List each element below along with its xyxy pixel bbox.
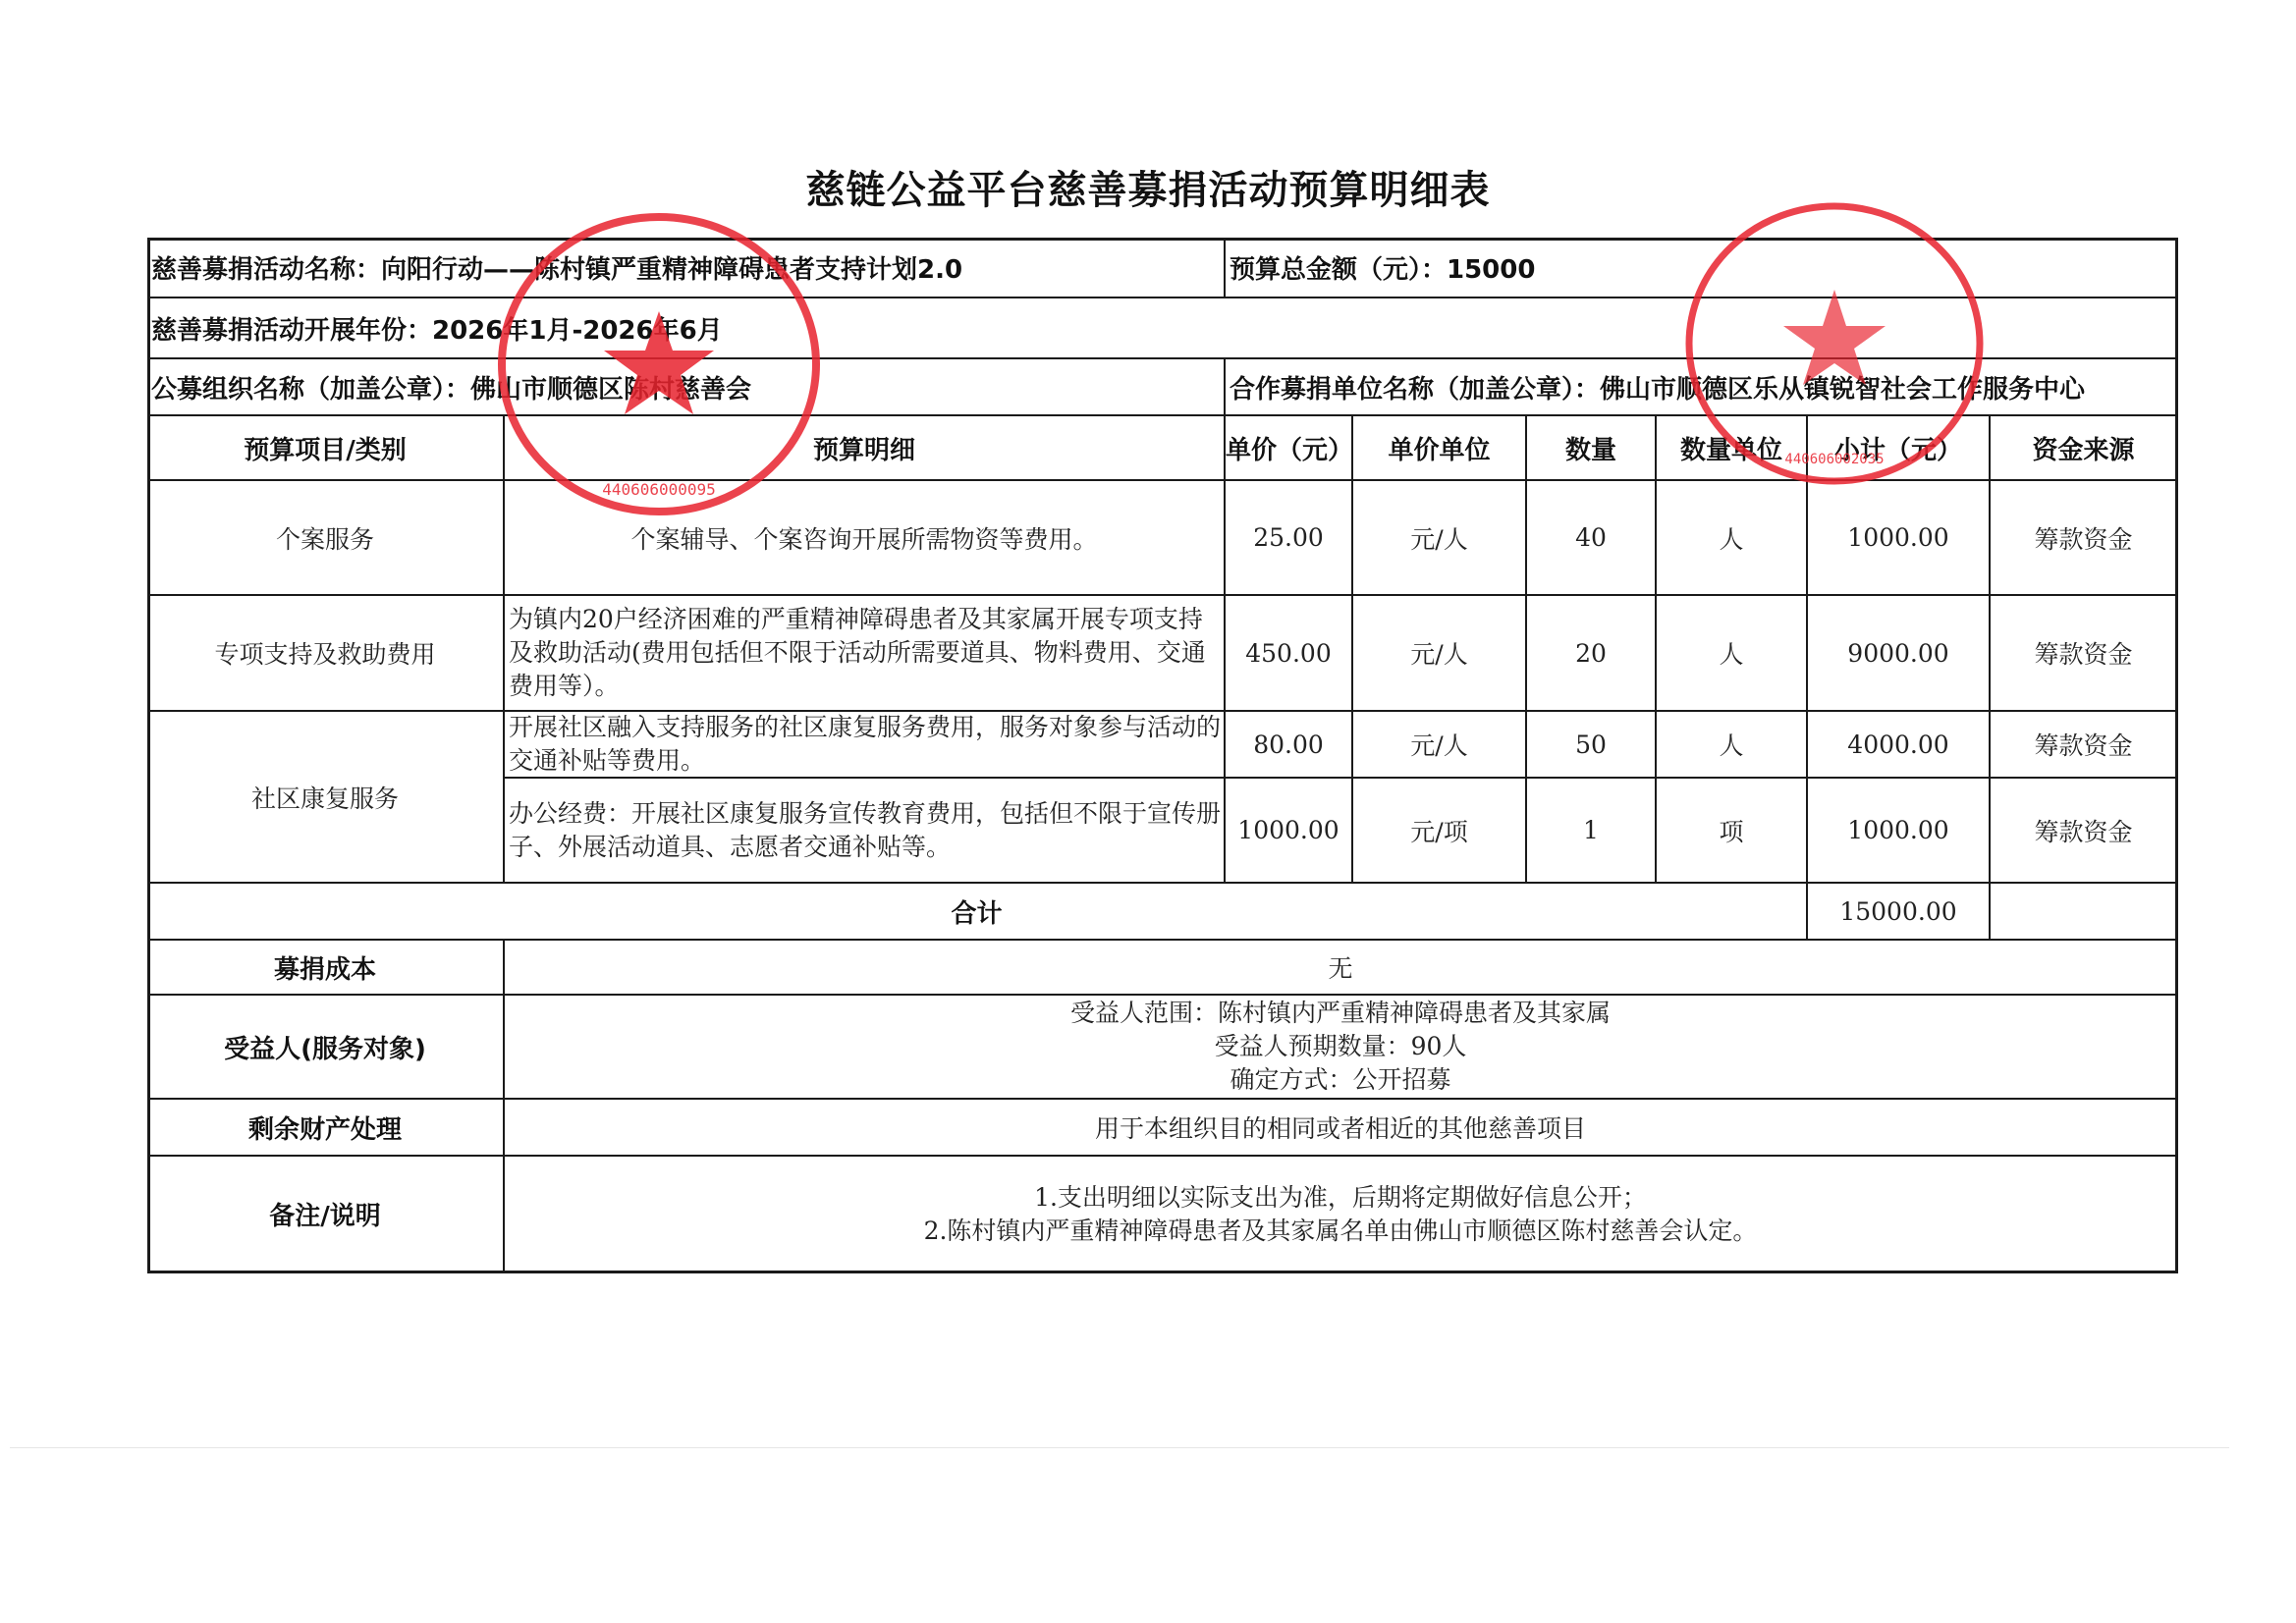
- surplus-value: 用于本组织目的相同或者相近的其他慈善项目: [505, 1100, 2178, 1157]
- page-edge-line: [10, 1447, 2229, 1448]
- activity-name: 慈善募捐活动名称：向阳行动——陈村镇严重精神障碍患者支持计划2.0: [147, 238, 1226, 298]
- row1-quantity-unit: 人: [1657, 481, 1808, 596]
- note-2: 2.陈村镇内严重精神障碍患者及其家属名单由佛山市顺德区陈村慈善会认定。: [924, 1215, 1758, 1248]
- row2-detail: 为镇内20户经济困难的严重精神障碍患者及其家属开展专项支持及救助活动(费用包括但…: [505, 596, 1226, 712]
- row2-unit-price: 450.00: [1226, 596, 1353, 712]
- row4-quantity: 1: [1527, 779, 1657, 884]
- row3-source: 筹款资金: [1991, 712, 2178, 779]
- row2-quantity-unit: 人: [1657, 596, 1808, 712]
- row3-price-unit: 元/人: [1353, 712, 1527, 779]
- row3-subtotal: 4000.00: [1808, 712, 1991, 779]
- row4-quantity-unit: 项: [1657, 779, 1808, 884]
- row2-subtotal: 9000.00: [1808, 596, 1991, 712]
- row4-price-unit: 元/项: [1353, 779, 1527, 884]
- col-source: 资金来源: [1991, 416, 2178, 481]
- activity-period: 慈善募捐活动开展年份：2026年1月-2026年6月: [147, 298, 2178, 359]
- row1-quantity: 40: [1527, 481, 1657, 596]
- row4-source: 筹款资金: [1991, 779, 2178, 884]
- budget-sheet: 慈善募捐活动名称：向阳行动——陈村镇严重精神障碍患者支持计划2.0 预算总金额（…: [147, 238, 2178, 1273]
- col-price-unit: 单价单位: [1353, 416, 1527, 481]
- row2-category: 专项支持及救助费用: [147, 596, 505, 712]
- col-subtotal: 小计（元）: [1808, 416, 1991, 481]
- surplus-label: 剩余财产处理: [147, 1100, 505, 1157]
- row3-quantity: 50: [1527, 712, 1657, 779]
- partner-name: 合作募捐单位名称（加盖公章）：佛山市顺德区乐从镇锐智社会工作服务中心: [1226, 359, 2178, 416]
- row2-price-unit: 元/人: [1353, 596, 1527, 712]
- col-detail: 预算明细: [505, 416, 1226, 481]
- beneficiary-count: 受益人预期数量：90人: [1215, 1030, 1467, 1063]
- beneficiary-method: 确定方式：公开招募: [1230, 1063, 1450, 1097]
- row4-subtotal: 1000.00: [1808, 779, 1991, 884]
- row3-category: 社区康复服务: [147, 712, 505, 884]
- notes-value: 1.支出明细以实际支出为准，后期将定期做好信息公开； 2.陈村镇内严重精神障碍患…: [505, 1157, 2178, 1273]
- row3-quantity-unit: 人: [1657, 712, 1808, 779]
- total-label: 合计: [147, 884, 1808, 941]
- row3-unit-price: 80.00: [1226, 712, 1353, 779]
- beneficiary-scope: 受益人范围：陈村镇内严重精神障碍患者及其家属: [1070, 997, 1611, 1030]
- row2-source: 筹款资金: [1991, 596, 2178, 712]
- row1-subtotal: 1000.00: [1808, 481, 1991, 596]
- row1-unit-price: 25.00: [1226, 481, 1353, 596]
- row1-source: 筹款资金: [1991, 481, 2178, 596]
- document-title: 慈链公益平台慈善募捐活动预算明细表: [0, 159, 2296, 215]
- cost-value: 无: [505, 941, 2178, 996]
- row3-detail: 开展社区融入支持服务的社区康复服务费用，服务对象参与活动的交通补贴等费用。: [505, 712, 1226, 779]
- col-unit-price: 单价（元）: [1226, 416, 1353, 481]
- row1-category: 个案服务: [147, 481, 505, 596]
- row2-quantity: 20: [1527, 596, 1657, 712]
- beneficiary-label: 受益人(服务对象): [147, 996, 505, 1100]
- note-1: 1.支出明细以实际支出为准，后期将定期做好信息公开；: [1034, 1181, 1647, 1215]
- organizer-name: 公募组织名称（加盖公章）：佛山市顺德区陈村慈善会: [147, 359, 1226, 416]
- total-source-empty: [1991, 884, 2178, 941]
- cost-label: 募捐成本: [147, 941, 505, 996]
- total-value: 15000.00: [1808, 884, 1991, 941]
- beneficiary-value: 受益人范围：陈村镇内严重精神障碍患者及其家属 受益人预期数量：90人 确定方式：…: [505, 996, 2178, 1100]
- budget-total: 预算总金额（元）：15000: [1226, 238, 2178, 298]
- col-category: 预算项目/类别: [147, 416, 505, 481]
- row1-price-unit: 元/人: [1353, 481, 1527, 596]
- row4-detail: 办公经费：开展社区康复服务宣传教育费用，包括但不限于宣传册子、外展活动道具、志愿…: [505, 779, 1226, 884]
- col-quantity-unit: 数量单位: [1657, 416, 1808, 481]
- row4-unit-price: 1000.00: [1226, 779, 1353, 884]
- row1-detail: 个案辅导、个案咨询开展所需物资等费用。: [505, 481, 1226, 596]
- notes-label: 备注/说明: [147, 1157, 505, 1273]
- col-quantity: 数量: [1527, 416, 1657, 481]
